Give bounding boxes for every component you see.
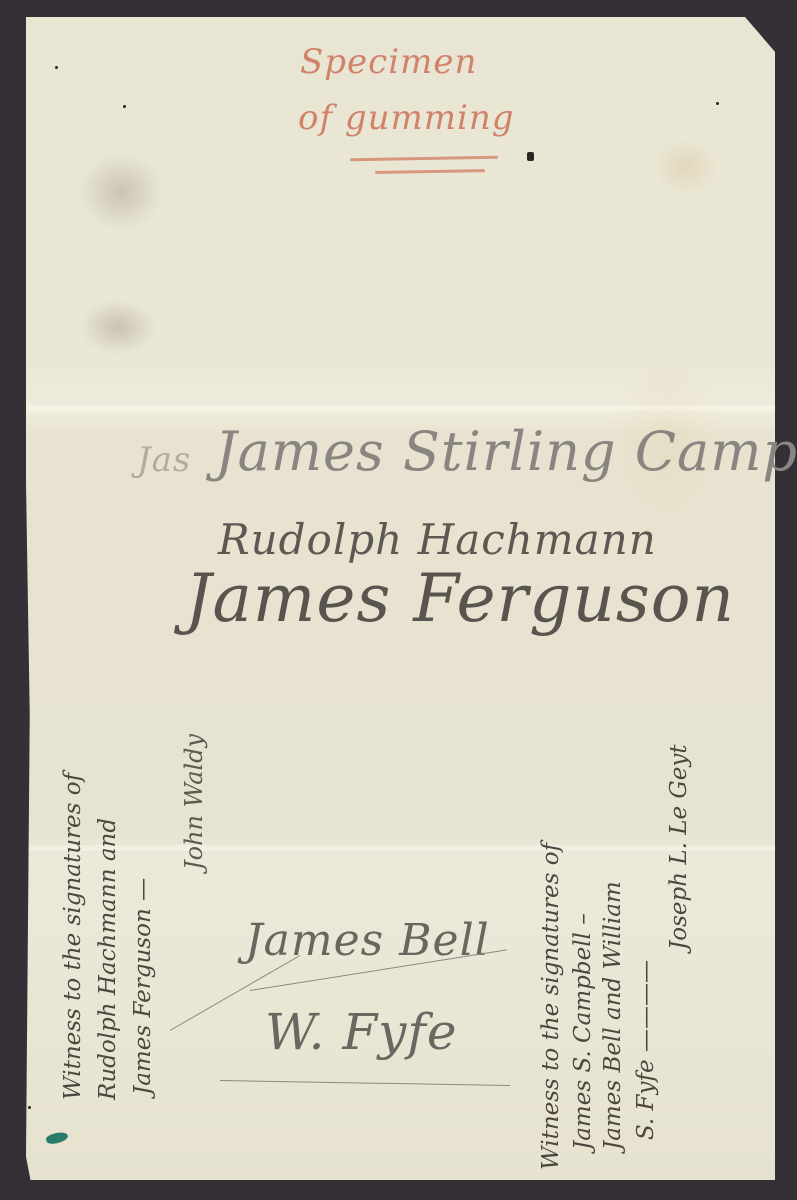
signature-campbell: James Stirling Campbell — [215, 420, 797, 483]
left-witness-line-1: Witness to the signatures of — [60, 773, 86, 1100]
signature-fyfe: W. Fyfe — [265, 1003, 457, 1061]
left-witness-signature: John Waldy — [180, 734, 208, 870]
speck — [716, 102, 719, 105]
speck — [123, 105, 126, 108]
speck — [28, 1106, 31, 1109]
ink-blot — [527, 152, 534, 161]
right-witness-line-5: Joseph L. Le Geyt — [666, 744, 692, 950]
signature-ferguson: James Ferguson — [185, 560, 735, 637]
left-witness-line-2: Rudolph Hachmann and — [95, 818, 121, 1100]
right-witness-line-3: James Bell and William — [600, 881, 626, 1150]
faint-pencil-mark: Jas — [137, 440, 191, 480]
right-witness-line-4: S. Fyfe ———— — [633, 960, 659, 1140]
speck — [55, 66, 58, 69]
document-viewer: Specimen of gumming Jas James Stirling C… — [0, 0, 797, 1200]
heading-specimen: Specimen — [300, 42, 477, 82]
paper-fold-lower — [26, 845, 775, 851]
paper-fold-upper — [26, 405, 775, 411]
left-witness-line-3: James Ferguson — — [130, 878, 156, 1095]
right-witness-line-2: James S. Campbell – — [570, 913, 596, 1150]
right-witness-line-1: Witness to the signatures of — [538, 843, 564, 1170]
heading-of-gumming: of gumming — [298, 98, 515, 138]
signature-hachmann: Rudolph Hachmann — [218, 515, 657, 564]
